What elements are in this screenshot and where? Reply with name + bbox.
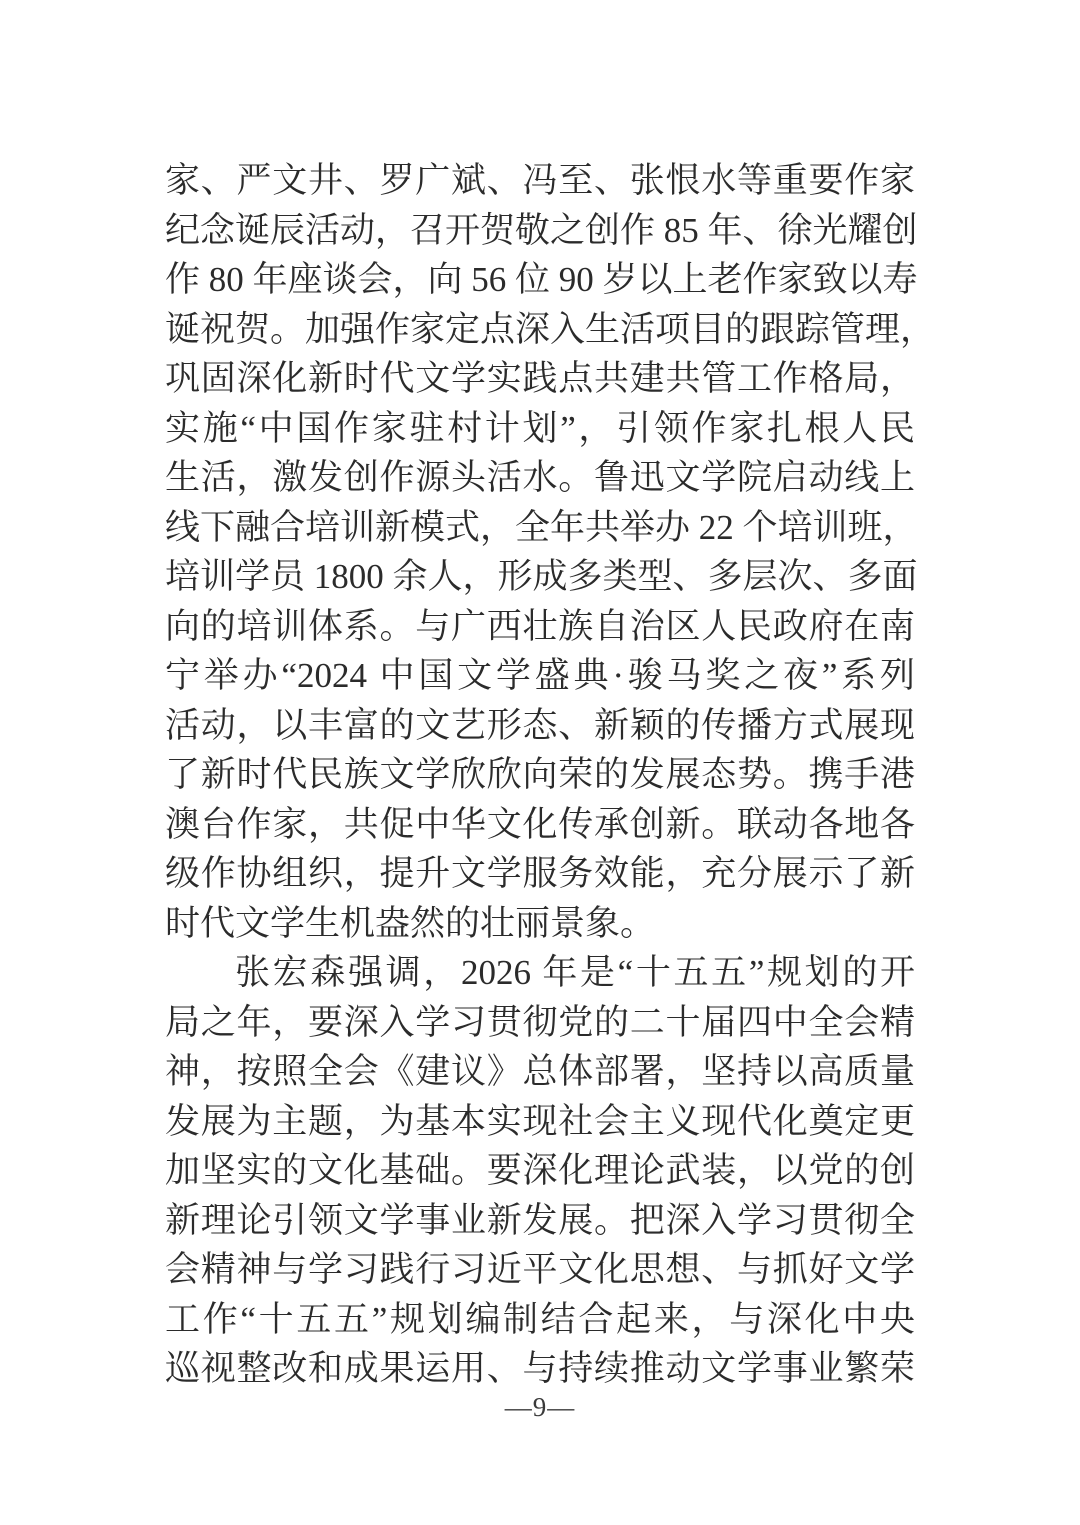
text-line: 作 80 年座谈会，向 56 位 90 岁以上老作家致以寿 (165, 255, 915, 305)
paragraph: 家、严文井、罗广斌、冯至、张恨水等重要作家纪念诞辰活动，召开贺敬之创作 85 年… (165, 156, 915, 948)
text-line: 时代文学生机盎然的壮丽景象。 (165, 899, 915, 949)
text-line: 会精神与学习践行习近平文化思想、与抓好文学 (165, 1245, 915, 1295)
text-line: 局之年，要深入学习贯彻党的二十届四中全会精 (165, 998, 915, 1048)
text-line: 新理论引领文学事业新发展。把深入学习贯彻全 (165, 1196, 915, 1246)
text-line: 实施“中国作家驻村计划”，引领作家扎根人民 (165, 404, 915, 454)
text-line: 张宏森强调，2026 年是“十五五”规划的开 (165, 948, 915, 998)
text-line: 宁举办“2024 中国文学盛典·骏马奖之夜”系列 (165, 651, 915, 701)
text-line: 加坚实的文化基础。要深化理论武装，以党的创 (165, 1146, 915, 1196)
document-body: 家、严文井、罗广斌、冯至、张恨水等重要作家纪念诞辰活动，召开贺敬之创作 85 年… (165, 156, 915, 1394)
text-line: 巩固深化新时代文学实践点共建共管工作格局， (165, 354, 915, 404)
text-line: 诞祝贺。加强作家定点深入生活项目的跟踪管理， (165, 305, 915, 355)
text-line: 了新时代民族文学欣欣向荣的发展态势。携手港 (165, 750, 915, 800)
text-line: 家、严文井、罗广斌、冯至、张恨水等重要作家 (165, 156, 915, 206)
text-line: 纪念诞辰活动，召开贺敬之创作 85 年、徐光耀创 (165, 206, 915, 256)
text-line: 工作“十五五”规划编制结合起来，与深化中央 (165, 1295, 915, 1345)
text-line: 发展为主题，为基本实现社会主义现代化奠定更 (165, 1097, 915, 1147)
text-line: 巡视整改和成果运用、与持续推动文学事业繁荣 (165, 1344, 915, 1394)
text-line: 级作协组织，提升文学服务效能，充分展示了新 (165, 849, 915, 899)
text-line: 向的培训体系。与广西壮族自治区人民政府在南 (165, 602, 915, 652)
page-number: —9— (0, 1390, 1080, 1424)
text-line: 线下融合培训新模式，全年共举办 22 个培训班， (165, 503, 915, 553)
paragraph: 张宏森强调，2026 年是“十五五”规划的开局之年，要深入学习贯彻党的二十届四中… (165, 948, 915, 1394)
text-line: 生活，激发创作源头活水。鲁迅文学院启动线上 (165, 453, 915, 503)
text-line: 培训学员 1800 余人，形成多类型、多层次、多面 (165, 552, 915, 602)
text-line: 澳台作家，共促中华文化传承创新。联动各地各 (165, 800, 915, 850)
document-page: 家、严文井、罗广斌、冯至、张恨水等重要作家纪念诞辰活动，召开贺敬之创作 85 年… (0, 0, 1080, 1525)
text-line: 神，按照全会《建议》总体部署，坚持以高质量 (165, 1047, 915, 1097)
text-line: 活动，以丰富的文艺形态、新颖的传播方式展现 (165, 701, 915, 751)
